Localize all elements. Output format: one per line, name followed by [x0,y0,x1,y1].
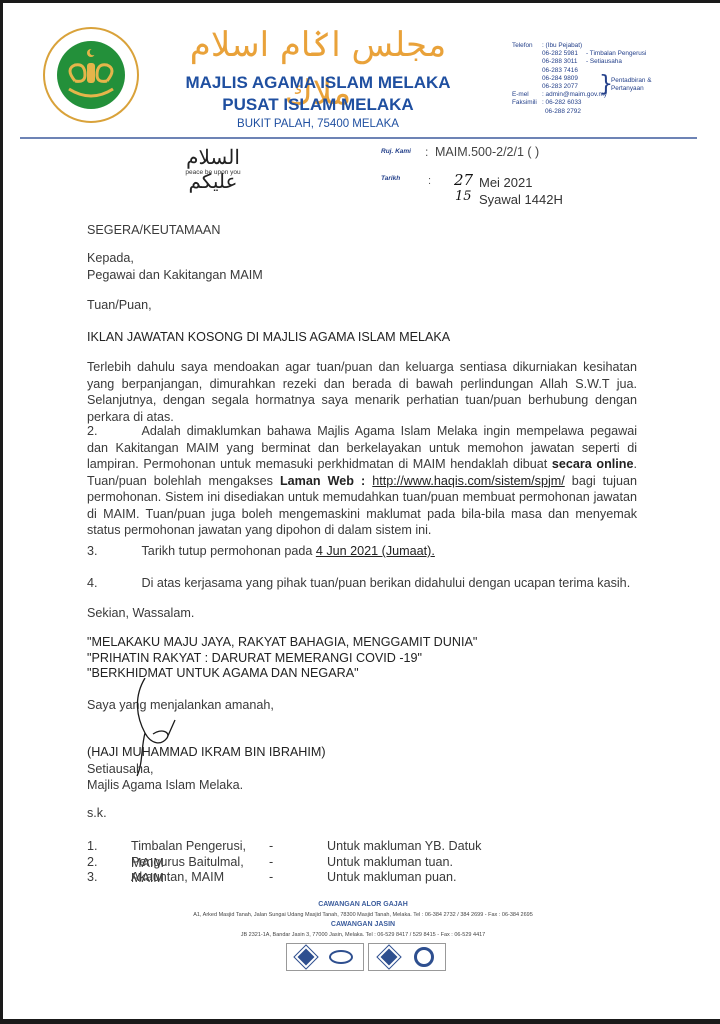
org-address: BUKIT PALAH, 75400 MELAKA [173,117,463,131]
org-name: MAJLIS AGAMA ISLAM MELAKA [173,73,463,93]
ref-value: MAIM.500-2/2/1 ( ) [435,145,539,159]
paragraph-4: 4.Di atas kerjasama yang pihak tuan/puan… [87,575,630,592]
standard-badge-icon [329,950,353,964]
hijri-month-year: Syawal 1442H [479,192,563,207]
arabic-org-title: مجلس اݢام اسلام ملاك [183,21,453,69]
phone-number: 06-284 9809 [542,75,586,83]
web-label: Laman Web : [280,474,372,488]
cert-group [286,943,364,971]
to-label: Kepada, [87,250,263,267]
para-number: 4. [87,576,98,590]
fax-number: 06-288 2792 [542,108,581,116]
recipient-block: Kepada, Pegawai dan Kakitangan MAIM [87,250,263,283]
org-subtitle: PUSAT ISLAM MELAKA [173,95,463,115]
signatory-name: (HAJI MUHAMMAD IKRAM BIN IBRAHIM) [87,744,326,761]
branch-address: JB 2321-1A, Bandar Jasin 3, 77000 Jasin,… [103,932,623,938]
cc-number: 2. [87,854,131,870]
handwritten-hijri-day: 15 [455,189,472,204]
paragraph-2: 2.Adalah dimaklumkan bahawa Majlis Agama… [87,423,637,539]
ref-colon: : [425,145,428,159]
group-note-line: Pertanyaan [611,85,671,93]
branch-title: CAWANGAN ALOR GAJAH [103,901,623,908]
telefon-heading: : (Ibu Pejabat) [542,42,582,50]
paragraph-1: Terlebih dahulu saya mendoakan agar tuan… [87,359,637,425]
group-note-line: Pentadbiran & [611,77,671,85]
phone-number: 06-283 7416 [542,67,586,75]
cc-recipient: Pengurus Baitulmal, MAIM [131,854,269,870]
cert-group [368,943,446,971]
signatory-block: (HAJI MUHAMMAD IKRAM BIN IBRAHIM) Setiau… [87,744,326,794]
phone-number: 06-282 5981 [542,50,586,58]
slogan: "MELAKAKU MAJU JAYA, RAKYAT BAHAGIA, MEN… [87,635,477,651]
fax-label: Faksimili [512,99,542,107]
para-number: 2. [87,424,98,438]
quality-system-badge-icon [294,946,317,969]
sirim-badge-icon [414,947,434,967]
quality-system-badge-icon [377,946,400,969]
cc-number: 1. [87,838,131,854]
phone-note: - Setiausaha [586,58,622,66]
cc-item: 3. Akauntan, MAIM - Untuk makluman puan. [87,869,607,885]
phone-number: 06-283 2077 [542,83,586,91]
salam-english: peace be upon you [163,169,263,176]
to-recipient: Pegawai dan Kakitangan MAIM [87,267,263,284]
priority-label: SEGERA/KEUTAMAAN [87,222,220,239]
date-colon: : [428,175,431,187]
cc-number: 3. [87,869,131,885]
maim-logo [43,27,139,123]
phone-note: - Timbalan Pengerusi [586,50,646,58]
signatory-org: Majlis Agama Islam Melaka. [87,777,326,794]
para-number: 3. [87,544,98,558]
cc-list: 1. Timbalan Pengerusi, MAIM - Untuk makl… [87,838,607,885]
branch-address: A1, Arked Masjid Tanah, Jalan Sungai Uda… [103,912,623,918]
signatory-title: Setiausaha, [87,761,326,778]
online-emphasis: secara online [552,457,634,471]
email-label: E-mel [512,91,542,99]
cc-label: s.k. [87,805,107,822]
para-text: Tarikh tutup permohonan pada [142,544,316,558]
ref-label: Ruj. Kami [381,148,411,155]
cc-item: 2. Pengurus Baitulmal, MAIM - Untuk makl… [87,854,607,870]
cc-dash: - [269,869,327,885]
deadline-date: 4 Jun 2021 (Jumaat). [316,544,435,558]
application-url-link[interactable]: http://www.haqis.com/sistem/spjm/ [372,474,564,488]
cc-note: Untuk makluman YB. Datuk [327,838,481,854]
email-address[interactable]: : admin@maim.gov.my [542,91,607,99]
date-label: Tarikh [381,175,400,182]
slogans: "MELAKAKU MAJU JAYA, RAKYAT BAHAGIA, MEN… [87,635,477,682]
cc-dash: - [269,854,327,870]
cc-dash: - [269,838,327,854]
date-month-year: Mei 2021 [479,175,532,190]
closing: Sekian, Wassalam. [87,605,194,622]
cc-note: Untuk makluman tuan. [327,854,453,870]
group-note: Pentadbiran & Pertanyaan [611,77,671,93]
cc-item: 1. Timbalan Pengerusi, MAIM - Untuk makl… [87,838,607,854]
cc-note: Untuk makluman puan. [327,869,457,885]
contact-block: Telefon: (Ibu Pejabat) 06-282 5981- Timb… [512,42,712,116]
para-text: Di atas kerjasama yang pihak tuan/puan b… [142,576,631,590]
header-divider [20,137,697,139]
cc-recipient: Timbalan Pengerusi, MAIM [131,838,269,854]
subject-line: IKLAN JAWATAN KOSONG DI MAJLIS AGAMA ISL… [87,329,450,346]
greeting: Tuan/Puan, [87,297,152,314]
certification-badges [286,943,446,979]
logo-crest-icon [45,29,141,125]
fax-number: : 06-282 6033 [542,99,581,107]
telefon-label: Telefon [512,42,542,50]
branch-title: CAWANGAN JASIN [103,921,623,928]
cc-recipient: Akauntan, MAIM [131,869,269,885]
phone-number: 06-288 3011 [542,58,586,66]
paragraph-3: 3.Tarikh tutup permohonan pada 4 Jun 202… [87,543,435,560]
letter-page: مجلس اݢام اسلام ملاك MAJLIS AGAMA ISLAM … [3,3,720,1019]
handwritten-day: 27 [454,171,473,189]
slogan: "PRIHATIN RAKYAT : DARURAT MEMERANGI COV… [87,651,477,667]
